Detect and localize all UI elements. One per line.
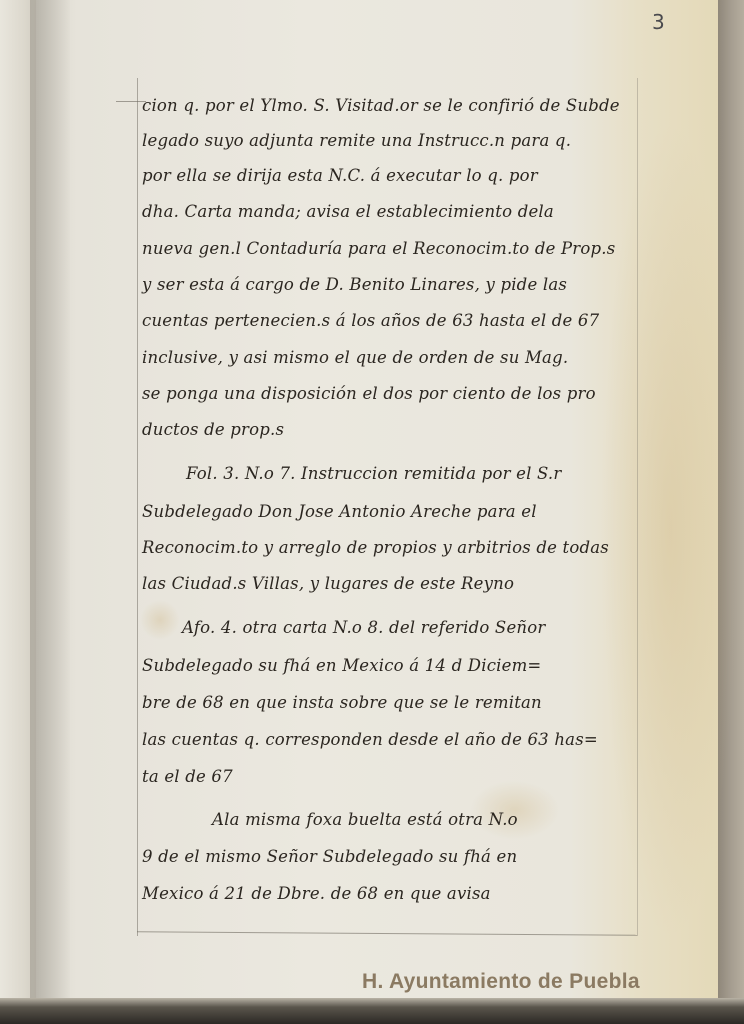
manuscript-line: legado suyo adjunta remite una Instrucc.… bbox=[142, 131, 571, 150]
manuscript-line: Fol. 3. N.o 7. Instruccion remitida por … bbox=[186, 464, 561, 483]
manuscript-line: Subdelegado su fhá en Mexico á 14 d Dici… bbox=[142, 656, 541, 675]
binding-shadow bbox=[30, 0, 70, 1000]
manuscript-line: Ala misma foxa buelta está otra N.o bbox=[212, 810, 518, 829]
manuscript-line: dha. Carta manda; avisa el establecimien… bbox=[142, 202, 554, 221]
manuscript-line: Afo. 4. otra carta N.o 8. del referido S… bbox=[182, 618, 545, 637]
manuscript-line: cion q. por el Ylmo. S. Visitad.or se le… bbox=[142, 96, 620, 115]
manuscript-line: inclusive, y asi mismo el que de orden d… bbox=[142, 348, 568, 367]
manuscript-line: Reconocim.to y arreglo de propios y arbi… bbox=[142, 538, 609, 557]
manuscript-line: 9 de el mismo Señor Subdelegado su fhá e… bbox=[142, 847, 517, 866]
manuscript-line: Subdelegado Don Jose Antonio Areche para… bbox=[142, 502, 537, 521]
manuscript-line: nueva gen.l Contaduría para el Reconocim… bbox=[142, 239, 615, 258]
manuscript-line: las cuentas q. corresponden desde el año… bbox=[142, 730, 598, 749]
manuscript-line: por ella se dirija esta N.C. á executar … bbox=[142, 166, 538, 185]
manuscript-line: ta el de 67 bbox=[142, 767, 233, 786]
manuscript-line: cuentas pertenecien.s á los años de 63 h… bbox=[142, 311, 599, 330]
manuscript-line: y ser esta á cargo de D. Benito Linares,… bbox=[142, 275, 567, 294]
folio-number: 3 bbox=[652, 10, 665, 34]
page-edge-bottom bbox=[0, 998, 744, 1024]
archive-watermark: H. Ayuntamiento de Puebla bbox=[362, 970, 640, 994]
scanned-document: 3 cion q. por el Ylmo. S. Visitad.or se … bbox=[0, 0, 744, 1024]
manuscript-line: las Ciudad.s Villas, y lugares de este R… bbox=[142, 574, 514, 593]
manuscript-line: bre de 68 en que insta sobre que se le r… bbox=[142, 693, 542, 712]
manuscript-line: ductos de prop.s bbox=[142, 420, 284, 439]
manuscript-line: se ponga una disposición el dos por cien… bbox=[142, 384, 596, 403]
manuscript-line: Mexico á 21 de Dbre. de 68 en que avisa bbox=[142, 884, 491, 903]
